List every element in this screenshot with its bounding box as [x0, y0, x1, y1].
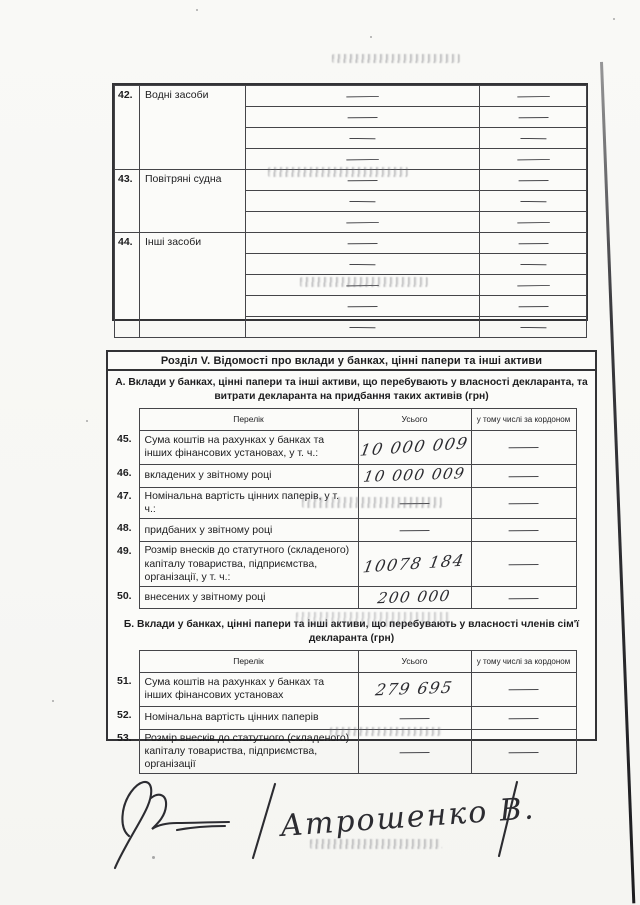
value-abroad-cell: — — [471, 542, 576, 587]
value-abroad-cell: — — [480, 86, 587, 107]
value-abroad-cell: — — [471, 430, 576, 464]
dash-mark: — — [516, 89, 550, 102]
dash-mark: — — [516, 152, 550, 165]
dash-mark: — — [346, 152, 380, 165]
row-number: 45. — [109, 430, 139, 464]
dash-mark: — — [508, 682, 538, 695]
dash-mark: — — [399, 744, 429, 757]
scan-speck — [196, 9, 198, 11]
dash-mark: — — [520, 257, 547, 270]
table-header-row: Перелік Усього у тому числі за кордоном — [109, 408, 576, 430]
value-total-cell: — — [246, 191, 480, 212]
value-total-cell: 10 000 009 — [358, 430, 471, 464]
row-label: Інші засоби — [140, 233, 246, 338]
row-label: Розмір внесків до статутного (складеного… — [139, 729, 358, 773]
value-abroad-cell: — — [471, 672, 576, 706]
dash-mark: — — [346, 215, 380, 228]
dash-mark: — — [347, 236, 377, 249]
value-abroad-cell: — — [471, 487, 576, 518]
table-header-row: Перелік Усього у тому числі за кордоном — [109, 650, 576, 672]
row-label: Повітряні судна — [140, 170, 246, 233]
value-abroad-cell: — — [471, 729, 576, 773]
section-v-frame: Розділ V. Відомості про вклади у банках,… — [106, 350, 597, 741]
column-header-list: Перелік — [139, 650, 358, 672]
value-total-cell: — — [358, 729, 471, 773]
dash-mark: — — [508, 590, 538, 603]
dash-mark: — — [349, 131, 376, 144]
dash-mark: — — [518, 173, 548, 186]
value-total-cell: 279 695 — [358, 672, 471, 706]
dash-mark: — — [508, 496, 538, 509]
part-b-table: Перелік Усього у тому числі за кордоном … — [109, 650, 577, 774]
table-row: 50. внесених у звітному році 200 000 — — [109, 587, 576, 609]
scan-smudge — [330, 727, 442, 736]
value-total-cell: — — [246, 296, 480, 317]
row-label: Водні засоби — [140, 86, 246, 170]
scan-smudge — [300, 277, 428, 287]
value-total-cell: — — [358, 706, 471, 729]
dash-mark: — — [508, 744, 538, 757]
dash-mark: — — [349, 320, 376, 333]
row-number: 46. — [109, 464, 139, 487]
value-abroad-cell: — — [471, 587, 576, 609]
column-header-abroad: у тому числі за кордоном — [471, 408, 576, 430]
value-abroad-cell: — — [480, 275, 587, 296]
row-number: 42. — [115, 86, 140, 170]
section-v-title: Розділ V. Відомості про вклади у банках,… — [108, 352, 595, 371]
dash-mark: — — [518, 236, 548, 249]
row-number: 50. — [109, 587, 139, 609]
gutter-cell — [109, 650, 139, 672]
handwritten-value: 10 000 009 — [359, 434, 471, 460]
value-abroad-cell: — — [480, 107, 587, 128]
scan-smudge — [302, 497, 442, 508]
row-number: 52. — [109, 706, 139, 729]
value-total-cell: — — [246, 128, 480, 149]
dash-mark: — — [347, 299, 377, 312]
value-abroad-cell: — — [480, 191, 587, 212]
scan-smudge — [332, 54, 460, 63]
handwritten-value: 10 000 009 — [362, 465, 467, 487]
value-abroad-cell: — — [480, 317, 587, 338]
dash-mark: — — [516, 278, 550, 291]
dash-mark: — — [508, 469, 538, 482]
value-abroad-cell: — — [471, 464, 576, 487]
table-row: 53. Розмір внесків до статутного (складе… — [109, 729, 576, 773]
value-abroad-cell: — — [480, 212, 587, 233]
dash-mark: — — [346, 89, 380, 102]
dash-mark: — — [399, 523, 429, 536]
handwritten-value: 200 000 — [376, 587, 452, 608]
row-number: 53. — [109, 729, 139, 773]
row-label: вкладених у звітному році — [139, 464, 358, 487]
signature: Атрошенко В. А. — [95, 772, 535, 892]
dash-mark: — — [347, 110, 377, 123]
page-edge-scan-line — [600, 62, 635, 903]
row-label: придбаних у звітному році — [139, 519, 358, 542]
part-a-table: Перелік Усього у тому числі за кордоном … — [109, 408, 577, 609]
value-abroad-cell: — — [471, 519, 576, 542]
handwritten-value: 10078 184 — [362, 551, 467, 577]
signature-name: Атрошенко В. А. — [277, 788, 535, 844]
column-header-total: Усього — [358, 650, 471, 672]
value-abroad-cell: — — [471, 706, 576, 729]
value-abroad-cell: — — [480, 254, 587, 275]
scan-speck — [86, 420, 88, 422]
scan-smudge — [310, 839, 442, 849]
value-total-cell: — — [246, 317, 480, 338]
row-number: 47. — [109, 487, 139, 518]
part-a-heading: А. Вклади у банках, цінні папери та інші… — [115, 376, 588, 405]
value-abroad-cell: — — [480, 233, 587, 254]
table-row: 42. Водні засоби — — — [115, 86, 587, 107]
row-number: 49. — [109, 542, 139, 587]
scan-smudge — [296, 612, 452, 627]
row-number: 48. — [109, 519, 139, 542]
dash-mark: — — [520, 131, 547, 144]
row-label: Сума коштів на рахунках у банках та інши… — [139, 430, 358, 464]
value-total-cell: 10078 184 — [358, 542, 471, 587]
value-total-cell: — — [246, 107, 480, 128]
row-number: 51. — [109, 672, 139, 706]
dash-mark: — — [349, 257, 376, 270]
column-header-total: Усього — [358, 408, 471, 430]
value-total-cell: 10 000 009 — [358, 464, 471, 487]
row-label: внесених у звітному році — [139, 587, 358, 609]
dash-mark: — — [516, 215, 550, 228]
value-abroad-cell: — — [480, 128, 587, 149]
scan-speck — [152, 856, 155, 859]
vehicles-table: 42. Водні засоби — — — — — — — — 43. Пов… — [114, 85, 587, 338]
dash-mark: — — [508, 523, 538, 536]
value-total-cell: — — [358, 519, 471, 542]
table-row: 51. Сума коштів на рахунках у банках та … — [109, 672, 576, 706]
signature-drawing: Атрошенко В. А. — [95, 772, 535, 892]
row-label: Сума коштів на рахунках у банках та інши… — [139, 672, 358, 706]
scan-speck — [613, 18, 615, 20]
value-total-cell: — — [246, 212, 480, 233]
dash-mark: — — [520, 320, 547, 333]
gutter-cell — [109, 408, 139, 430]
row-label: Розмір внесків до статутного (складеного… — [139, 542, 358, 587]
value-total-cell: 200 000 — [358, 587, 471, 609]
dash-mark: — — [508, 557, 538, 570]
scan-speck — [370, 36, 372, 38]
column-header-abroad: у тому числі за кордоном — [471, 650, 576, 672]
column-header-list: Перелік — [139, 408, 358, 430]
table-row: 48. придбаних у звітному році — — — [109, 519, 576, 542]
scan-speck — [52, 700, 54, 702]
value-abroad-cell: — — [480, 296, 587, 317]
table-row: 52. Номінальна вартість цінних паперів —… — [109, 706, 576, 729]
value-total-cell: — — [246, 233, 480, 254]
dash-mark: — — [399, 711, 429, 724]
document-page: { "marks": { "dash": "—" }, "vehicles_ta… — [0, 0, 640, 905]
value-abroad-cell: — — [480, 170, 587, 191]
scan-smudge — [268, 167, 408, 177]
row-label: Номінальна вартість цінних паперів — [139, 706, 358, 729]
table-row: 44. Інші засоби — — — [115, 233, 587, 254]
table-row: 45. Сума коштів на рахунках у банках та … — [109, 430, 576, 464]
table-row: 46. вкладених у звітному році 10 000 009… — [109, 464, 576, 487]
dash-mark: — — [520, 194, 547, 207]
dash-mark: — — [508, 440, 538, 453]
dash-mark: — — [518, 110, 548, 123]
table-row: 49. Розмір внесків до статутного (складе… — [109, 542, 576, 587]
handwritten-value: 279 695 — [374, 678, 455, 700]
value-abroad-cell: — — [480, 149, 587, 170]
row-number: 43. — [115, 170, 140, 233]
value-total-cell: — — [246, 254, 480, 275]
dash-mark: — — [349, 194, 376, 207]
row-number: 44. — [115, 233, 140, 338]
value-total-cell: — — [246, 86, 480, 107]
dash-mark: — — [518, 299, 548, 312]
dash-mark: — — [508, 711, 538, 724]
